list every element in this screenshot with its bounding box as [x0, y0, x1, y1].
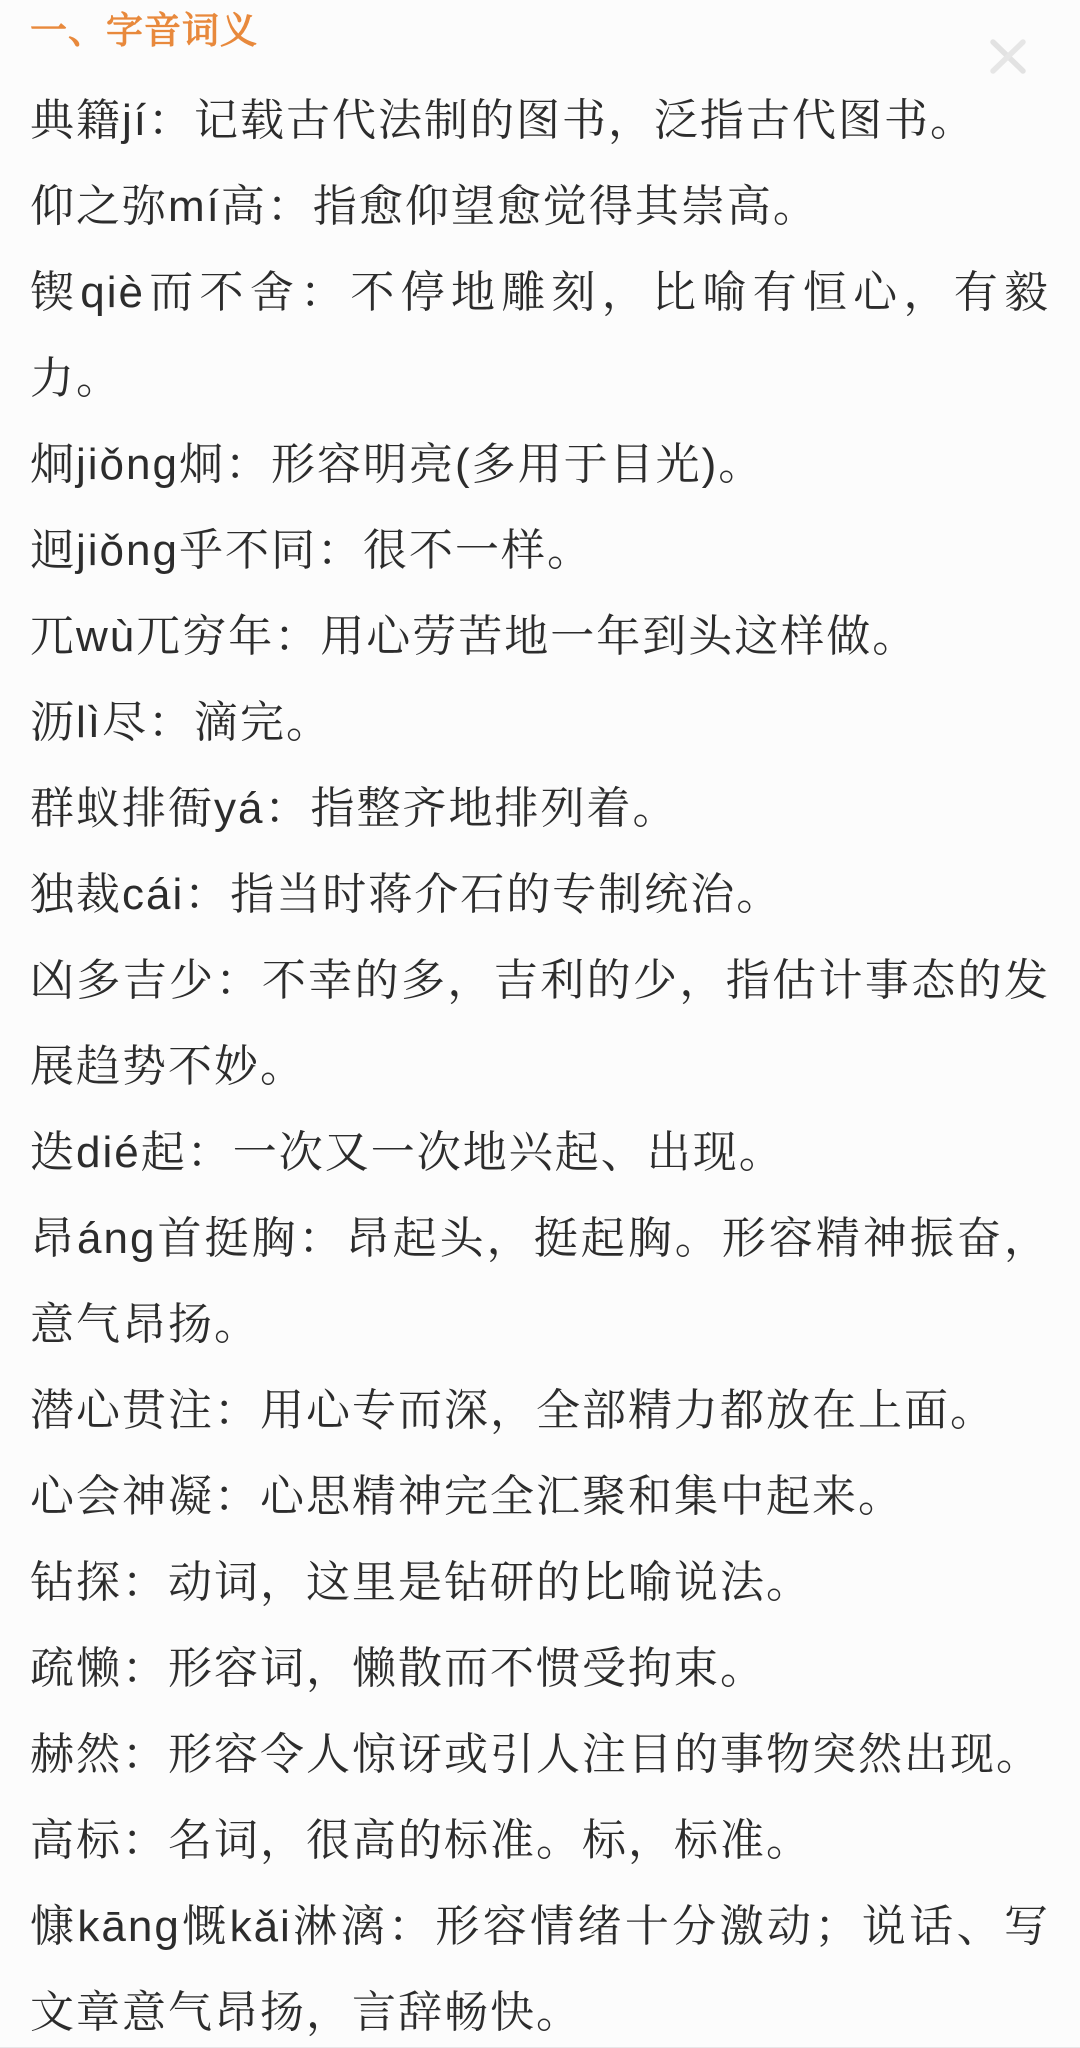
close-icon — [983, 31, 1033, 81]
vocab-entry: 炯jiǒng炯：形容明亮(多用于目光)。 — [30, 422, 1050, 508]
vocab-entry-list: 典籍jí：记载古代法制的图书，泛指古代图书。 仰之弥mí高：指愈仰望愈觉得其崇高… — [30, 78, 1050, 2048]
vocab-entry: 疏懒：形容词，懒散而不惯受拘束。 — [30, 1626, 1050, 1712]
vocab-entry: 迥jiǒng乎不同：很不一样。 — [30, 508, 1050, 594]
vocab-entry: 凶多吉少：不幸的多，吉利的少，指估计事态的发展趋势不妙。 — [30, 938, 1050, 1110]
vocab-entry: 潜心贯注：用心专而深，全部精力都放在上面。 — [30, 1368, 1050, 1454]
vocab-entry: 钻探：动词，这里是钻研的比喻说法。 — [30, 1540, 1050, 1626]
vocab-entry: 兀wù兀穷年：用心劳苦地一年到头这样做。 — [30, 594, 1050, 680]
vocab-document-page: 一、字音词义 典籍jí：记载古代法制的图书，泛指古代图书。 仰之弥mí高：指愈仰… — [0, 8, 1080, 2048]
vocab-entry: 昂áng首挺胸：昂起头，挺起胸。形容精神振奋，意气昂扬。 — [30, 1196, 1050, 1368]
vocab-entry: 迭dié起：一次又一次地兴起、出现。 — [30, 1110, 1050, 1196]
vocab-entry: 心会神凝：心思精神完全汇聚和集中起来。 — [30, 1454, 1050, 1540]
vocab-entry: 仰之弥mí高：指愈仰望愈觉得其崇高。 — [30, 164, 1050, 250]
close-button[interactable] — [982, 30, 1034, 82]
vocab-entry: 独裁cái：指当时蒋介石的专制统治。 — [30, 852, 1050, 938]
vocab-entry: 沥lì尽：滴完。 — [30, 680, 1050, 766]
vocab-entry: 高标：名词，很高的标准。标，标准。 — [30, 1798, 1050, 1884]
vocab-entry: 典籍jí：记载古代法制的图书，泛指古代图书。 — [30, 78, 1050, 164]
vocab-entry: 赫然：形容令人惊讶或引人注目的事物突然出现。 — [30, 1712, 1050, 1798]
vocab-entry: 群蚁排衙yá：指整齐地排列着。 — [30, 766, 1050, 852]
vocab-entry: 慷kāng慨kǎi淋漓：形容情绪十分激动；说话、写文章意气昂扬，言辞畅快。 — [30, 1884, 1050, 2048]
section-heading: 一、字音词义 — [30, 8, 1050, 54]
vocab-entry: 锲qiè而不舍：不停地雕刻，比喻有恒心，有毅力。 — [30, 250, 1050, 422]
